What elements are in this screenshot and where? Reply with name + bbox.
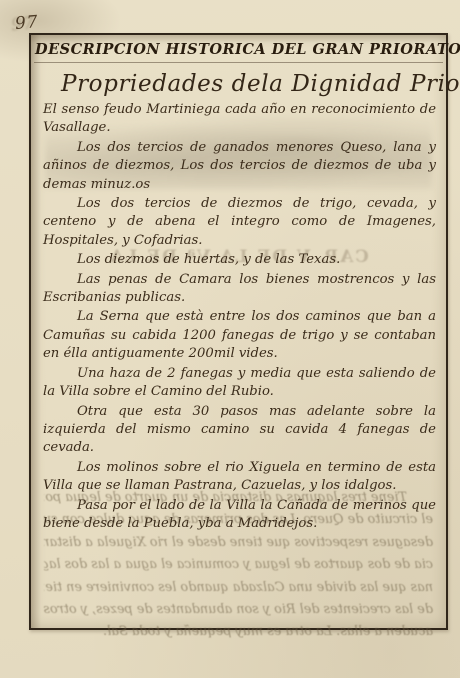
- page-frame: DESCRIPCION HISTORICA DEL GRAN PRIORATO …: [29, 33, 448, 630]
- body-text: El senso feudo Martiniega cada año en re…: [43, 101, 436, 533]
- bleedthrough-line: nas que las divide una Calzada quando le…: [44, 577, 433, 599]
- manuscript-page: 97 DESCRIPCION HISTORICA DEL GRAN PRIORA…: [0, 0, 460, 678]
- paragraph: Los molinos sobre el rio Xiguela en term…: [43, 459, 436, 496]
- paragraph: Los dos tercios de ganados menores Queso…: [43, 139, 436, 194]
- running-header: DESCRIPCION HISTORICA DEL GRAN PRIORATO: [35, 41, 442, 58]
- paragraph: Las penas de Camara los bienes mostrenco…: [43, 271, 436, 308]
- paragraph: Otra que esta 30 pasos mas adelante sobr…: [43, 403, 436, 458]
- bleedthrough-line: acuden a ellas. La otra es muy pequeña y…: [44, 621, 433, 643]
- bleedthrough-line: desagues respectivos que tiene desde el …: [44, 532, 433, 554]
- paragraph: El senso feudo Martiniega cada año en re…: [43, 101, 436, 138]
- page-title: Propriedades dela Dignidad Prioral.: [61, 71, 446, 97]
- bleedthrough-line: cia de dos quartos de legua y comunica e…: [44, 554, 433, 576]
- bleedthrough-line: de las crecientes del Rio y son abundant…: [44, 599, 433, 621]
- paragraph: Los dos tercios de diezmos de trigo, cev…: [43, 195, 436, 250]
- paragraph: La Serna que està entre los dos caminos …: [43, 308, 436, 363]
- header-rule: [34, 62, 443, 63]
- folio-number: 97: [14, 12, 39, 34]
- paragraph: Pasa por el lado de la Villa la Cañada d…: [43, 497, 436, 534]
- paragraph: Los diezmos de huertas, y de las Texas.: [43, 251, 436, 269]
- paragraph: Una haza de 2 fanegas y media que esta s…: [43, 365, 436, 402]
